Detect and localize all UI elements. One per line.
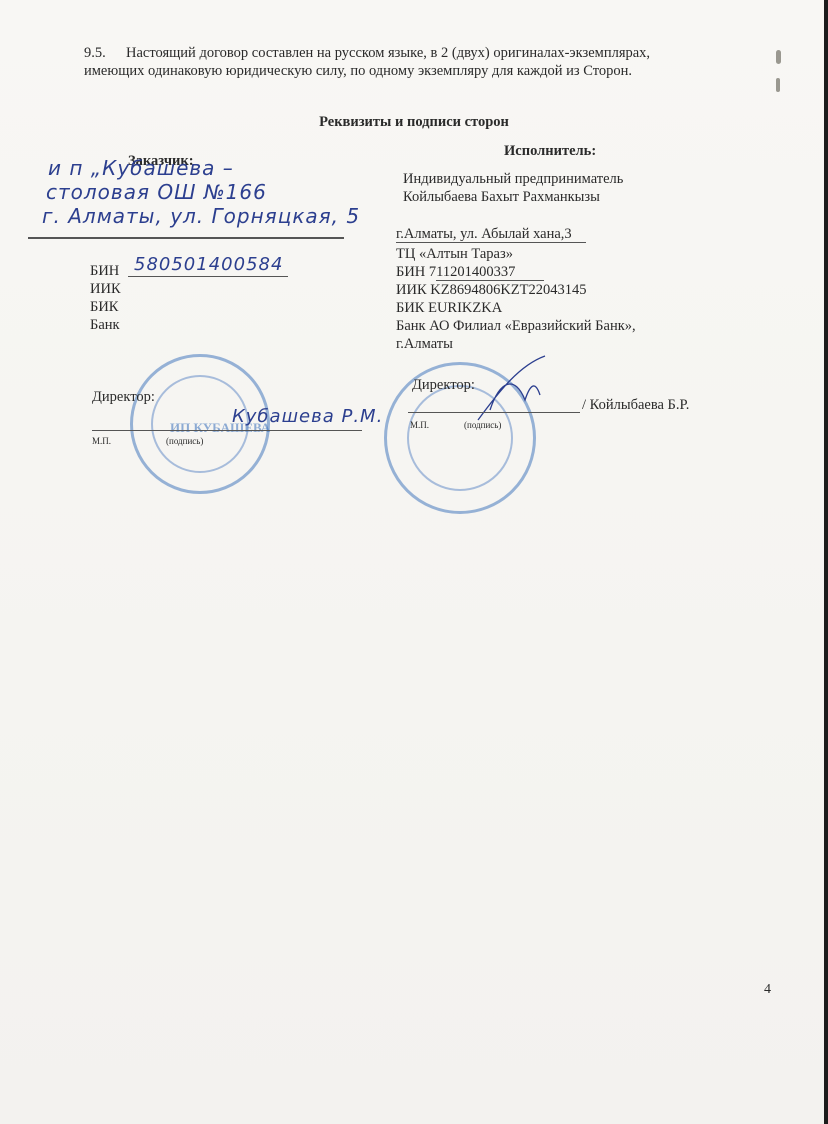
customer-handwritten-line-2: столовая ОШ №166 [46,180,267,204]
clause-9-5: 9.5.Настоящий договор составлен на русск… [84,44,756,80]
contractor-mp-label: М.П. [410,420,429,430]
customer-signature-line [92,430,362,431]
customer-director-label: Директор: [92,388,155,406]
contractor-address: г.Алматы, ул. Абылай хана,3 [396,225,572,243]
contractor-bik: БИК EURIKZKA [396,299,502,317]
contractor-line: ТЦ «Алтын Тараз» [396,245,513,263]
section-title: Реквизиты и подписи сторон [0,114,828,131]
contractor-iik: ИИК KZ8694806KZT22043145 [396,281,587,299]
customer-bin-label: БИН [90,262,119,280]
contractor-line: Койлыбаева Бахыт Рахманкызы [403,188,600,206]
contractor-signature-name: / Койлыбаева Б.Р. [582,396,689,414]
contractor-bank: Банк АО Филиал «Евразийский Банк», [396,317,636,335]
bin-underline [128,276,288,277]
page-edge [824,0,828,1124]
contractor-city: г.Алматы [396,335,453,353]
customer-bik-label: БИК [90,298,118,316]
clause-line-1: Настоящий договор составлен на русском я… [126,45,650,61]
clause-number: 9.5. [84,44,126,62]
contractor-bin: БИН 711201400337 [396,263,515,281]
customer-bank-label: Банк [90,316,120,334]
contractor-signature-line [408,412,580,413]
contractor-signature-scribble [470,350,550,430]
customer-handwritten-line-3: г. Алматы, ул. Горняцкая, 5 [42,204,360,228]
customer-mp-label: М.П. [92,436,111,446]
contractor-director-label: Директор: [412,376,475,394]
customer-signature-name: Кубашева Р.М. [232,406,383,427]
customer-bin-value: 580501400584 [134,254,283,275]
contractor-signature-caption: (подпись) [464,420,501,430]
contractor-line: Индивидуальный предприниматель [403,170,623,188]
margin-mark [776,50,781,64]
customer-iik-label: ИИК [90,280,121,298]
clause-line-2: имеющих одинаковую юридическую силу, по … [84,62,756,80]
customer-handwritten-line-1: и п „Кубашева – [48,156,234,180]
customer-signature-caption: (подпись) [166,436,203,446]
contractor-heading: Исполнитель: [504,143,596,160]
page-number: 4 [764,982,771,998]
margin-mark [776,78,780,92]
address-underline [396,242,586,243]
customer-divider [28,237,344,239]
